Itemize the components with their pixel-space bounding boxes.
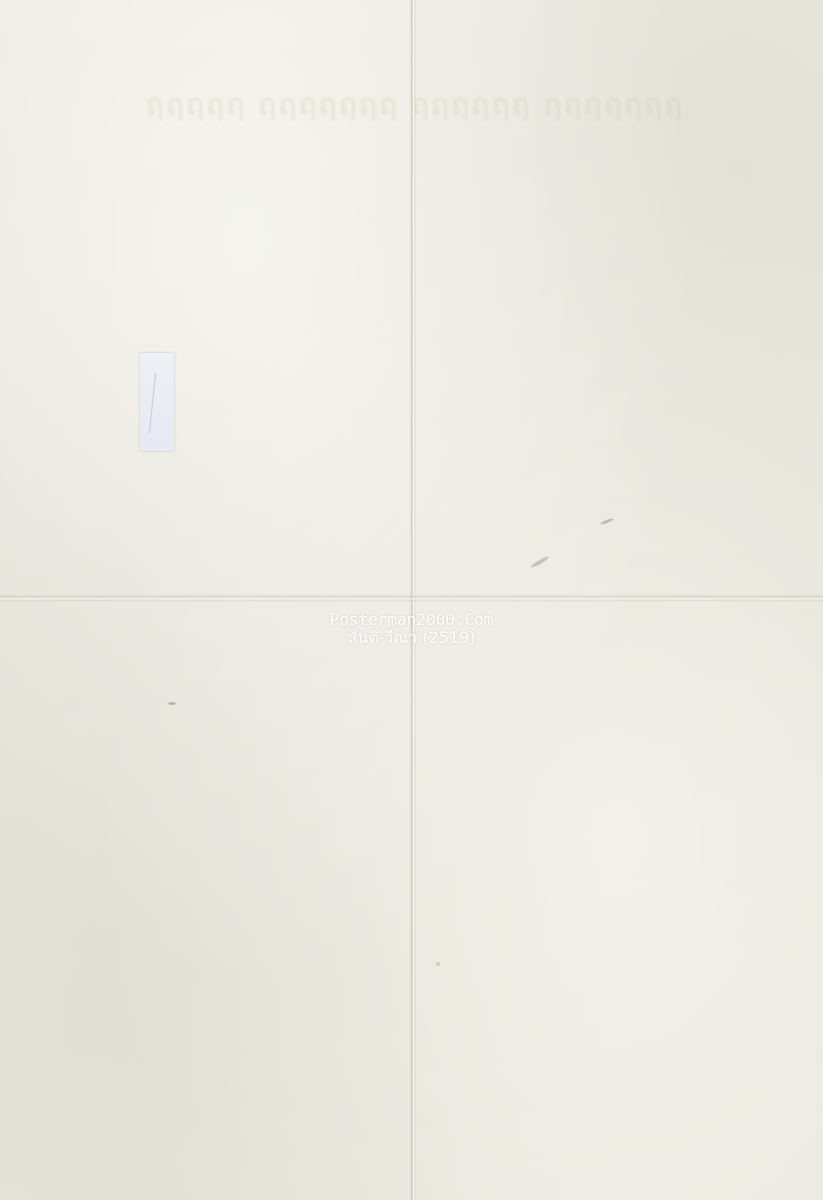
watermark-site: Posterman2000.Com bbox=[0, 611, 823, 629]
tape-piece bbox=[140, 353, 174, 451]
watermark: Posterman2000.Com สันติ-วีณา (2519) bbox=[0, 611, 823, 648]
watermark-title: สันติ-วีณา (2519) bbox=[0, 629, 823, 647]
stain bbox=[436, 962, 440, 966]
horizontal-fold-line bbox=[0, 594, 823, 602]
stain bbox=[168, 702, 176, 705]
